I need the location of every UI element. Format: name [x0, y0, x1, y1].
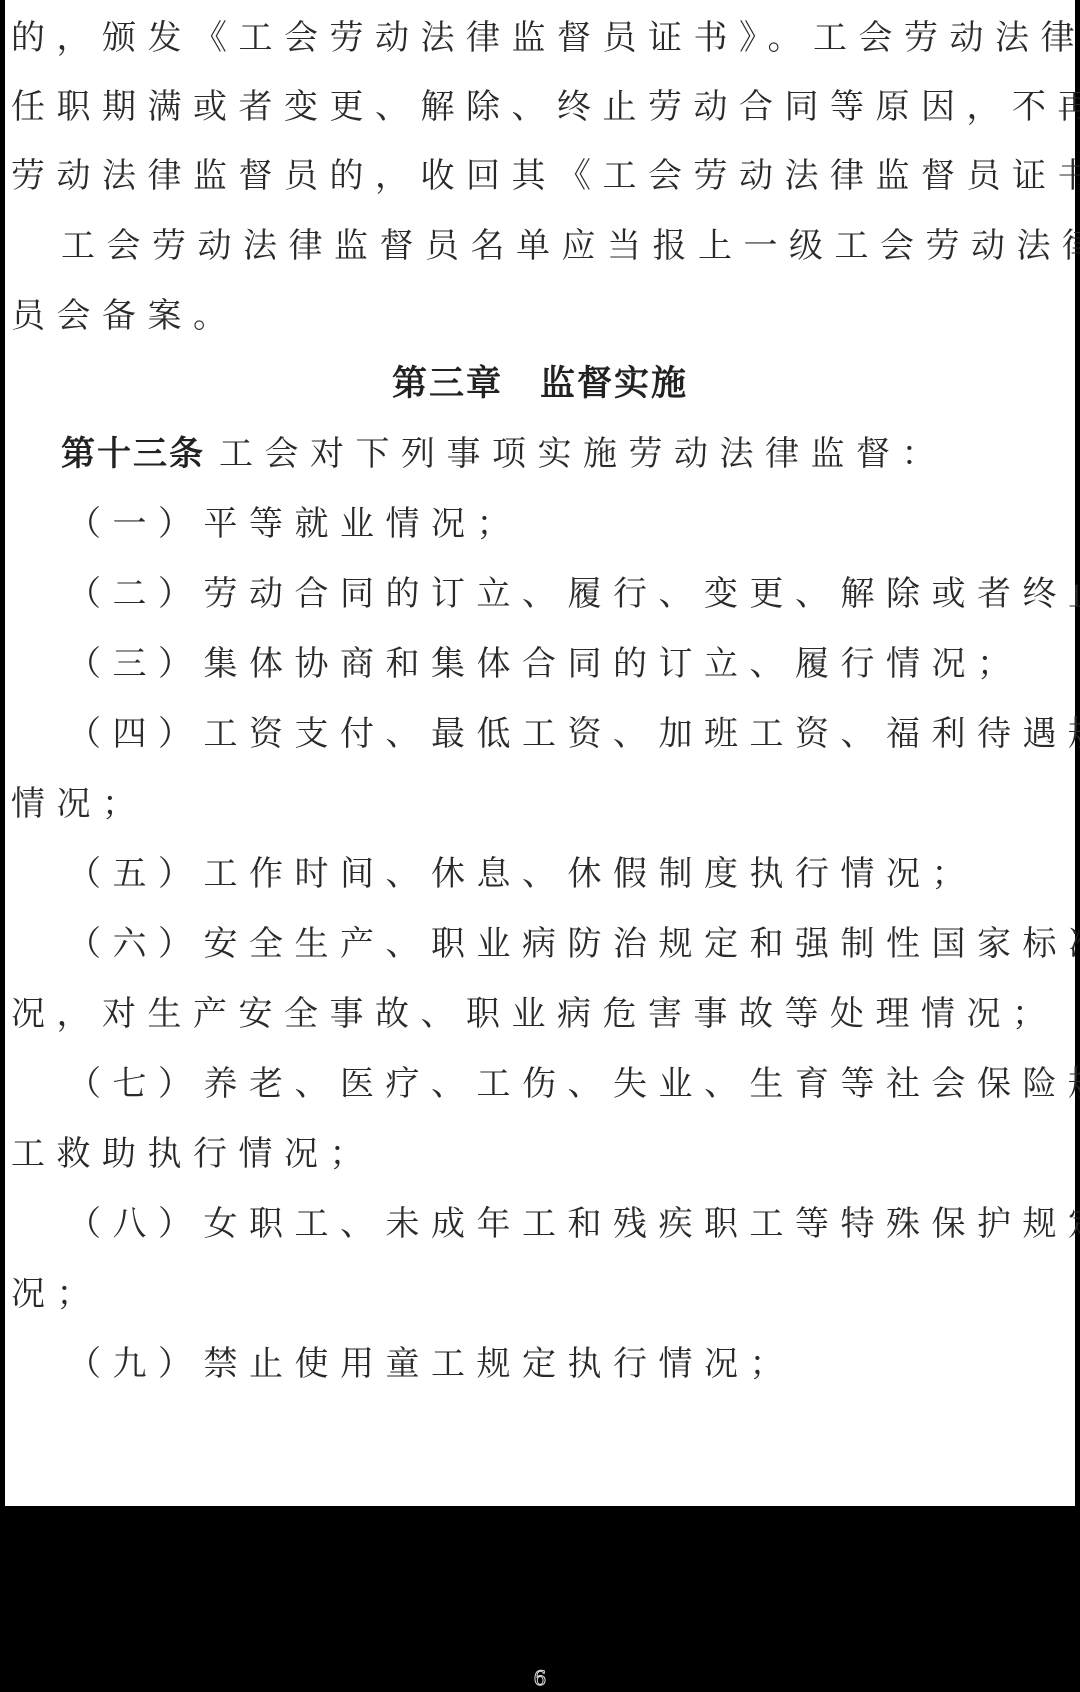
chapter-heading: 第三章 监督实施 — [5, 364, 1075, 404]
paragraph-line: 任职期满或者变更、解除、终止劳动合同等原因，不再担任工会 — [11, 87, 1080, 127]
list-item: （三）集体协商和集体合同的订立、履行情况； — [67, 644, 1023, 684]
list-item-continuation: 情况； — [11, 784, 148, 824]
article-label: 第十三条 — [61, 434, 205, 474]
article-text: 工会对下列事项实施劳动法律监督： — [219, 434, 947, 474]
list-item: （五）工作时间、休息、休假制度执行情况； — [67, 854, 977, 894]
paragraph-line: 工会劳动法律监督员名单应当报上一级工会劳动法律监督委 — [61, 226, 1080, 266]
document-page: 的，颁发《工会劳动法律监督员证书》。工会劳动法律监督员因 任职期满或者变更、解除… — [5, 0, 1075, 1506]
list-item-continuation: 况； — [11, 1274, 102, 1314]
list-item: （六）安全生产、职业病防治规定和强制性国家标准执行情 — [67, 924, 1080, 964]
paragraph-line: 员会备案。 — [11, 296, 239, 336]
paragraph-line: 的，颁发《工会劳动法律监督员证书》。工会劳动法律监督员因 — [11, 18, 1080, 58]
page-number: 6 — [0, 1666, 1080, 1690]
list-item-continuation: 工救助执行情况； — [11, 1134, 375, 1174]
list-item: （九）禁止使用童工规定执行情况； — [67, 1344, 795, 1384]
article-line: 第十三条工会对下列事项实施劳动法律监督： — [61, 434, 947, 474]
list-item: （七）养老、医疗、工伤、失业、生育等社会保险规定和职 — [67, 1064, 1080, 1104]
list-item: （八）女职工、未成年工和残疾职工等特殊保护规定执行情 — [67, 1204, 1080, 1244]
list-item: （二）劳动合同的订立、履行、变更、解除或者终止情况； — [67, 574, 1080, 614]
list-item: （一）平等就业情况； — [67, 504, 522, 544]
list-item-continuation: 况，对生产安全事故、职业病危害事故等处理情况； — [11, 994, 1058, 1034]
paragraph-line: 劳动法律监督员的，收回其《工会劳动法律监督员证书》。 — [11, 156, 1080, 196]
list-item: （四）工资支付、最低工资、加班工资、福利待遇规定执行 — [67, 714, 1080, 754]
